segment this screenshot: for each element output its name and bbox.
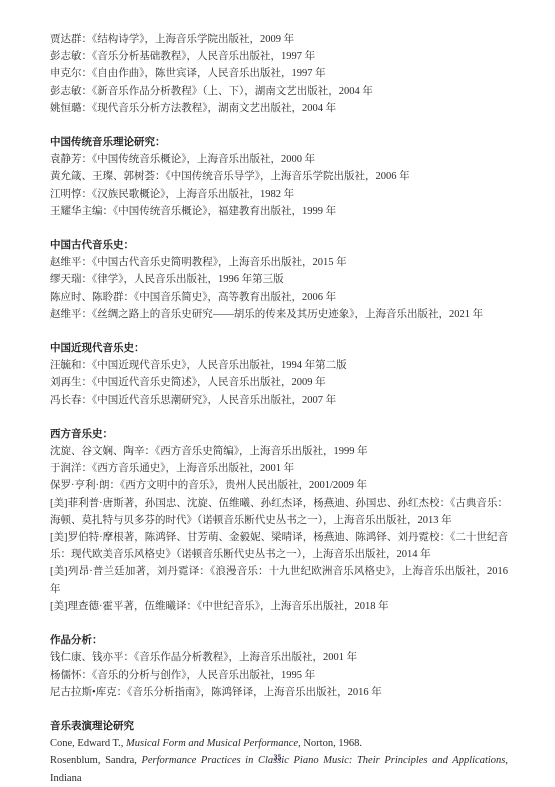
section-chinese-modern-music-history: 中国近现代音乐史：汪毓和：《中国近现代音乐史》，人民音乐出版社，1994 年第二… <box>50 340 508 409</box>
section-header: 中国近现代音乐史： <box>50 340 508 357</box>
bibliography-entry: 陈应时、陈聆群：《中国音乐简史》，高等教育出版社，2006 年 <box>50 289 508 306</box>
bibliography-entry: 刘再生：《中国近代音乐史简述》，人民音乐出版社，2009 年 <box>50 374 508 391</box>
bibliography-entry: 赵维平：《中国古代音乐史简明教程》，上海音乐出版社，2015 年 <box>50 254 508 271</box>
bibliography-entry: 贾达群：《结构诗学》，上海音乐学院出版社，2009 年 <box>50 31 508 48</box>
bibliography-entry: [美]理查德·霍平著，伍维曦译：《中世纪音乐》，上海音乐出版社，2018 年 <box>50 598 508 615</box>
bibliography-entry: 冯长春：《中国近代音乐思潮研究》，人民音乐出版社，2007 年 <box>50 392 508 409</box>
bibliography-entry: 申克尔：《自由作曲》，陈世宾译，人民音乐出版社，1997 年 <box>50 65 508 82</box>
bibliography-entry: 杨儒怀：《音乐的分析与创作》，人民音乐出版社，1995 年 <box>50 667 508 684</box>
bibliography-entry: 保罗·亨利·朗：《西方文明中的音乐》，贵州人民出版社，2001/2009 年 <box>50 477 508 494</box>
bibliography-entry: 姚恒璐：《现代音乐分析方法教程》，湖南文艺出版社，2004 年 <box>50 100 508 117</box>
bibliography-entry: 袁静芳：《中国传统音乐概论》，上海音乐出版社，2000 年 <box>50 151 508 168</box>
bibliography-entry: [美]罗伯特·摩根著，陈鸿铎、甘芳萌、金毅妮、梁晴译，杨燕迪、陈鸿铎、刘丹霓校：… <box>50 529 508 563</box>
entry-text: , Norton, 1968. <box>298 738 362 749</box>
section-header: 中国古代音乐史： <box>50 237 508 254</box>
section-music-analysis-continued: 贾达群：《结构诗学》，上海音乐学院出版社，2009 年彭志敏：《音乐分析基础教程… <box>50 31 508 117</box>
page-number: 35 <box>0 753 555 762</box>
bibliography-entry: 沈旋、谷文娴、陶辛：《西方音乐史简编》，上海音乐出版社，1999 年 <box>50 443 508 460</box>
bibliography-entry: 赵维平：《丝绸之路上的音乐史研究——胡乐的传来及其历史迹象》，上海音乐出版社，2… <box>50 306 508 323</box>
bibliography-entry: 于润洋：《西方音乐通史》，上海音乐出版社，2001 年 <box>50 460 508 477</box>
section-header: 作品分析： <box>50 632 508 649</box>
bibliography-content: 贾达群：《结构诗学》，上海音乐学院出版社，2009 年彭志敏：《音乐分析基础教程… <box>50 31 508 787</box>
bibliography-entry: 黄允箴、王璨、郭树荟：《中国传统音乐导学》，上海音乐学院出版社，2006 年 <box>50 168 508 185</box>
bibliography-entry: 彭志敏：《音乐分析基础教程》，人民音乐出版社，1997 年 <box>50 48 508 65</box>
bibliography-entry: [美]菲利普·唐斯著，孙国忠、沈旋、伍维曦、孙红杰译，杨燕迪、孙国忠、孙红杰校：… <box>50 495 508 529</box>
bibliography-entry: 汪毓和：《中国近现代音乐史》，人民音乐出版社，1994 年第二版 <box>50 357 508 374</box>
bibliography-entry: [美]列昂·普兰廷加著，刘丹霓译：《浪漫音乐：十九世纪欧洲音乐风格史》，上海音乐… <box>50 563 508 597</box>
book-title-italic: Musical Form and Musical Performance <box>126 738 298 749</box>
section-western-music-history: 西方音乐史：沈旋、谷文娴、陶辛：《西方音乐史简编》，上海音乐出版社，1999 年… <box>50 426 508 615</box>
bibliography-entry: 江明惇：《汉族民歌概论》，上海音乐出版社，1982 年 <box>50 186 508 203</box>
bibliography-entry: Cone, Edward T., Musical Form and Musica… <box>50 735 508 752</box>
document-page: 贾达群：《结构诗学》，上海音乐学院出版社，2009 年彭志敏：《音乐分析基础教程… <box>0 0 555 787</box>
bibliography-entry: 尼古拉斯•库克：《音乐分析指南》，陈鸿铎译，上海音乐出版社，2016 年 <box>50 684 508 701</box>
section-chinese-ancient-music-history: 中国古代音乐史：赵维平：《中国古代音乐史简明教程》，上海音乐出版社，2015 年… <box>50 237 508 323</box>
section-header: 音乐表演理论研究 <box>50 718 508 735</box>
section-work-analysis: 作品分析：钱仁康、钱亦平：《音乐作品分析教程》，上海音乐出版社，2001 年杨儒… <box>50 632 508 701</box>
bibliography-entry: 钱仁康、钱亦平：《音乐作品分析教程》，上海音乐出版社，2001 年 <box>50 649 508 666</box>
section-chinese-traditional-music-theory: 中国传统音乐理论研究：袁静芳：《中国传统音乐概论》，上海音乐出版社，2000 年… <box>50 134 508 220</box>
entry-text: Cone, Edward T., <box>50 738 126 749</box>
bibliography-entry: 彭志敏：《新音乐作品分析教程》（上、下），湖南文艺出版社，2004 年 <box>50 83 508 100</box>
bibliography-entry: 王耀华主编：《中国传统音乐概论》，福建教育出版社，1999 年 <box>50 203 508 220</box>
bibliography-entry: 缪天瑞：《律学》，人民音乐出版社，1996 年第三版 <box>50 271 508 288</box>
section-header: 西方音乐史： <box>50 426 508 443</box>
section-header: 中国传统音乐理论研究： <box>50 134 508 151</box>
